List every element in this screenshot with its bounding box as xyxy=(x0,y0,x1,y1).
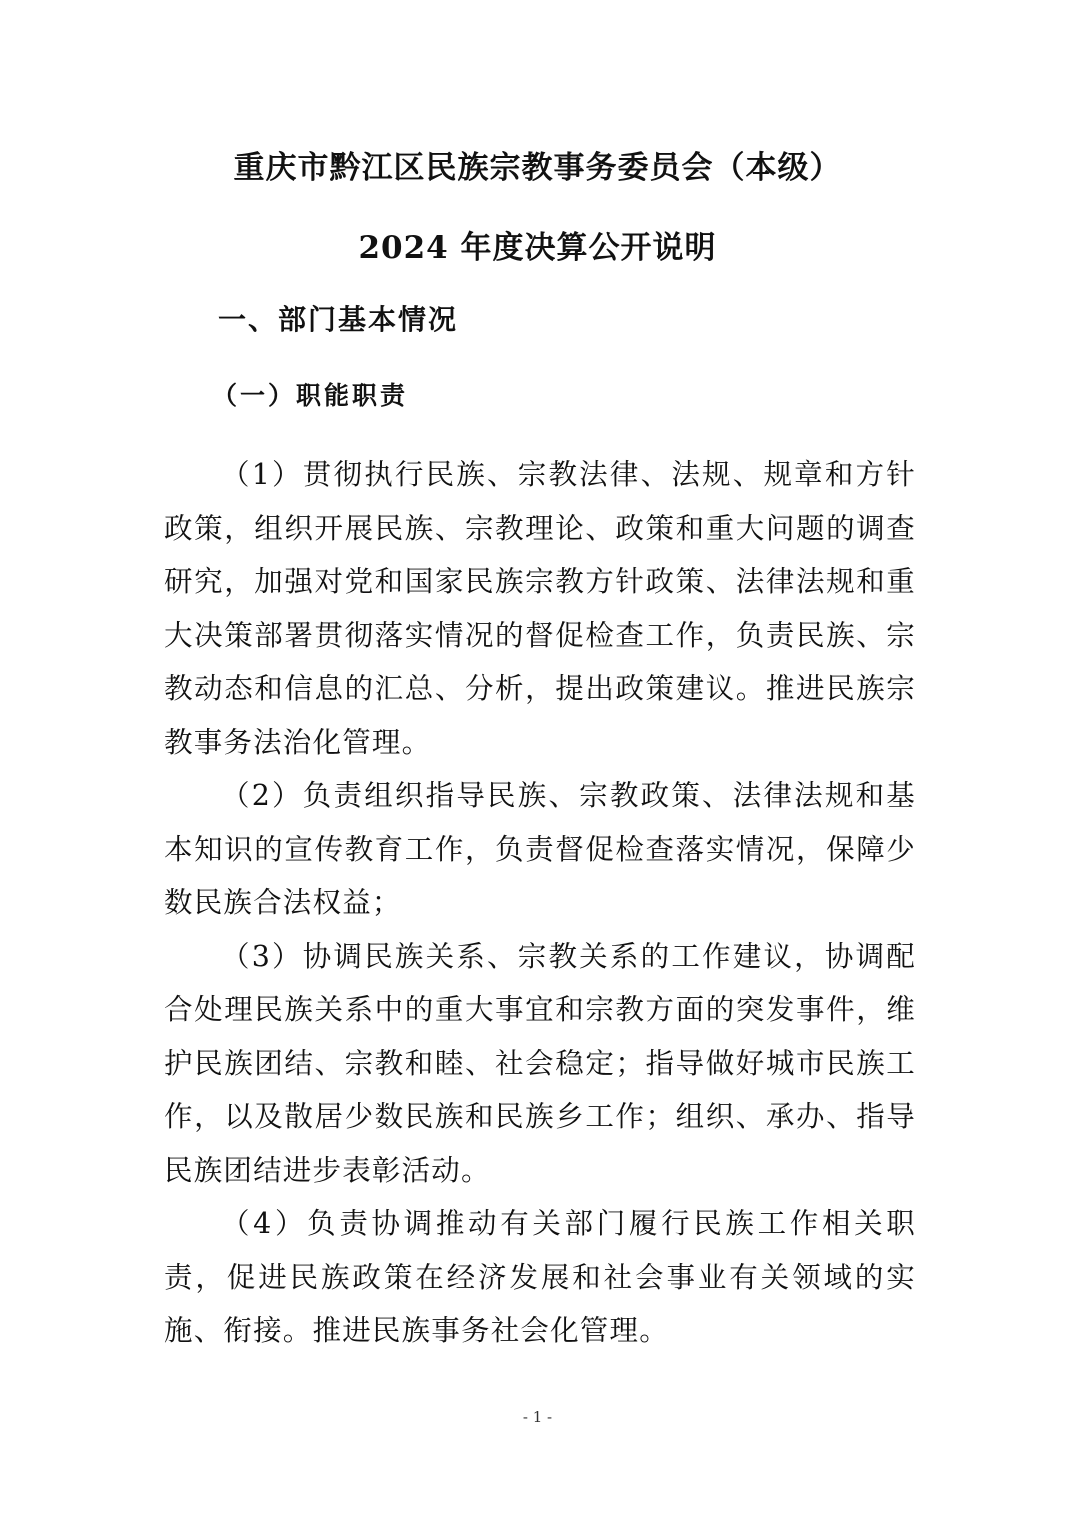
document-title-line1: 重庆市黔江区民族宗教事务委员会（本级） xyxy=(0,142,1075,187)
paragraph-1: （1）贯彻执行民族、宗教法律、法规、规章和方针政策，组织开展民族、宗教理论、政策… xyxy=(164,448,916,769)
paragraph-2: （2）负责组织指导民族、宗教政策、法律法规和基本知识的宣传教育工作，负责督促检查… xyxy=(164,769,916,930)
page-number: - 1 - xyxy=(0,1408,1075,1426)
subsection-heading: （一）职能职责 xyxy=(212,376,408,412)
section-heading: 一、部门基本情况 xyxy=(218,298,458,338)
paragraph-3: （3）协调民族关系、宗教关系的工作建议，协调配合处理民族关系中的重大事宜和宗教方… xyxy=(164,930,916,1198)
body-text: （1）贯彻执行民族、宗教法律、法规、规章和方针政策，组织开展民族、宗教理论、政策… xyxy=(164,448,916,1358)
document-title-line2: 2024 年度决算公开说明 xyxy=(0,222,1075,267)
paragraph-4: （4）负责协调推动有关部门履行民族工作相关职责，促进民族政策在经济发展和社会事业… xyxy=(164,1197,916,1358)
